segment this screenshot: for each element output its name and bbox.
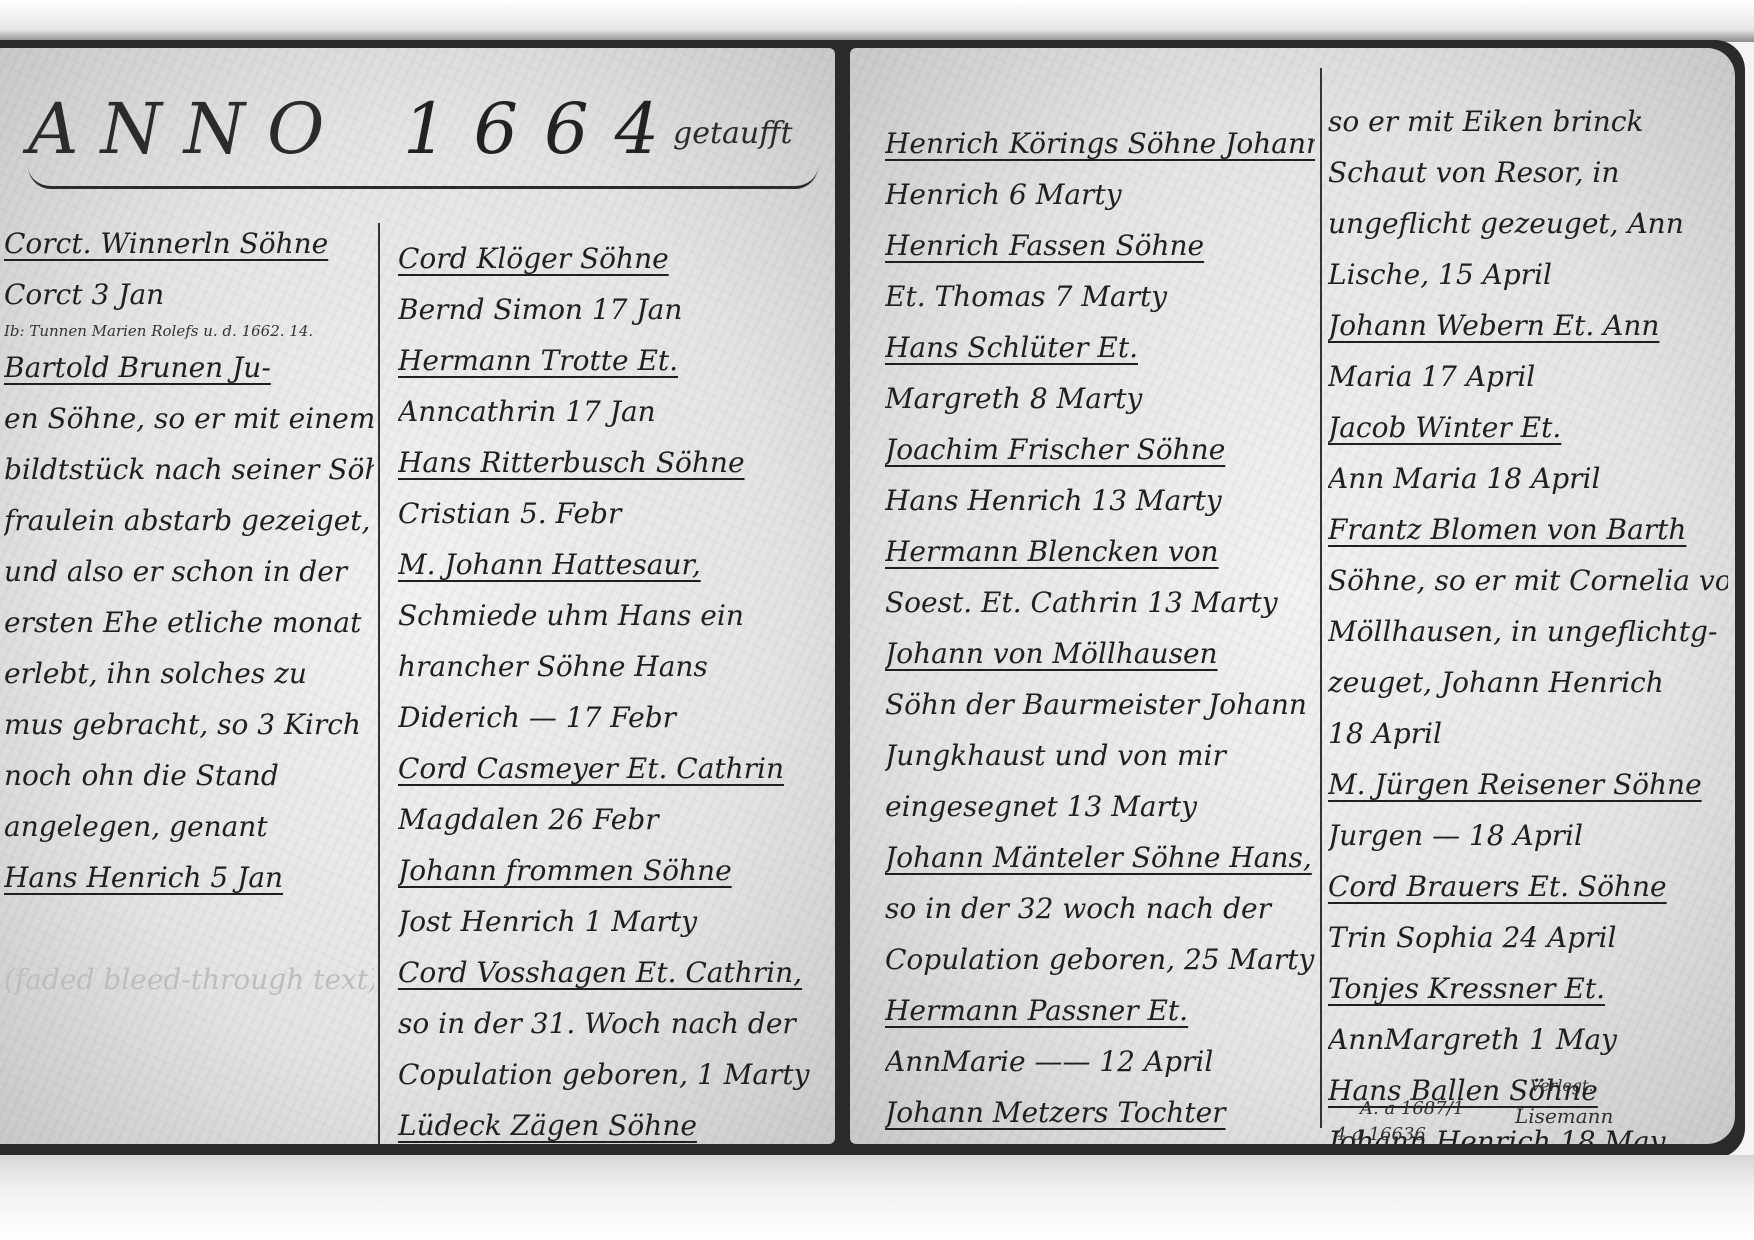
- entry-line: Lische, 15 April: [1328, 249, 1728, 300]
- entry-line: Trin Sophia 24 April: [1328, 912, 1728, 963]
- entry-line: Joachim Frischer Söhne: [885, 424, 1315, 475]
- entry-line: Hermann Trotte Et.: [398, 335, 828, 386]
- entry-line: Magdalen 26 Febr: [398, 794, 828, 845]
- entry-line: Cord Brauers Et. Söhne: [1328, 861, 1728, 912]
- signature-note: Lisemann: [1515, 1104, 1613, 1128]
- right-page: Henrich Körings Söhne Johann Henrich 6 M…: [850, 48, 1735, 1144]
- column-divider: [378, 223, 380, 1144]
- anno-word: ANNO: [28, 88, 346, 170]
- entry-line: Jungkhaust und von mir: [885, 730, 1315, 781]
- column-3: Henrich Körings Söhne Johann Henrich 6 M…: [885, 118, 1315, 1138]
- entry-line: Bernd Simon 17 Jan: [398, 284, 828, 335]
- entry-line: ungeflicht gezeuget, Ann: [1328, 198, 1728, 249]
- entry-line: Et. Thomas 7 Marty: [885, 271, 1315, 322]
- entry-line: Johann frommen Söhne: [398, 845, 828, 896]
- entry-line: Jacob Winter Et.: [1328, 402, 1728, 453]
- column-2: Cord Klöger Söhne Bernd Simon 17 Jan Her…: [398, 233, 828, 1144]
- entry-line: Maria 17 April: [1328, 351, 1728, 402]
- left-page: ANNO 1664 getaufft Corct. Winnerln Söhne…: [0, 48, 835, 1144]
- entry-line: Jost Henrich 1 Marty: [398, 896, 828, 947]
- entry-line: Corct. Winnerln Söhne: [4, 218, 374, 269]
- entry-line: Schmiede uhm Hans ein: [398, 590, 828, 641]
- entry-line: Hermann Passner Et.: [885, 985, 1315, 1036]
- entry-line: Hans Henrich 13 Marty: [885, 475, 1315, 526]
- entry-line: AnnMarie —— 12 April: [885, 1036, 1315, 1087]
- entry-line: Henrich Fassen Söhne: [885, 220, 1315, 271]
- bleed-through-text: (faded bleed-through text): [4, 954, 374, 1005]
- entry-line: 18 April: [1328, 708, 1728, 759]
- entry-line: Bartold Brunen Ju-: [4, 342, 374, 393]
- entry-line: [4, 903, 374, 954]
- annotation-line: Ib: Tunnen Marien Rolefs u. d. 1662. 14.: [4, 320, 374, 342]
- entry-line: Copulation geboren, 25 Marty: [885, 934, 1315, 985]
- entry-line: noch ohn die Stand: [4, 750, 374, 801]
- entry-line: Frantz Blomen von Barth: [1328, 504, 1728, 555]
- entry-line: Jurgen — 18 April: [1328, 810, 1728, 861]
- entry-line: Söhn der Baurmeister Johann: [885, 679, 1315, 730]
- entry-line: Johann von Möllhausen: [885, 628, 1315, 679]
- entry-line: so in der 32 woch nach der: [885, 883, 1315, 934]
- entry-line: en Söhne, so er mit einem: [4, 393, 374, 444]
- entry-line: Hans Ritterbusch Söhne: [398, 437, 828, 488]
- entry-line: Möllhausen, in ungeflichtg-: [1328, 606, 1728, 657]
- archive-reference: 4 a 16636: [1335, 1124, 1426, 1144]
- entry-line: Henrich Körings Söhne Johann: [885, 118, 1315, 169]
- entry-line: Johann Webern Et. Ann: [1328, 300, 1728, 351]
- entry-line: Cord Casmeyer Et. Cathrin: [398, 743, 828, 794]
- entry-line: Hans Schlüter Et.: [885, 322, 1315, 373]
- entry-line: hrancher Söhne Hans: [398, 641, 828, 692]
- entry-line: Hans Henrich 5 Jan: [4, 852, 374, 903]
- heading-underline: [28, 166, 818, 189]
- entry-line: Copulation geboren, 1 Marty: [398, 1049, 828, 1100]
- entry-line: Schaut von Resor, in: [1328, 147, 1728, 198]
- entry-line: Soest. Et. Cathrin 13 Marty: [885, 577, 1315, 628]
- year-heading: ANNO 1664 getaufft: [18, 88, 828, 188]
- entry-line: Cristian 5. Febr: [398, 488, 828, 539]
- column-1: Corct. Winnerln Söhne Corct 3 Jan Ib: Tu…: [4, 218, 374, 1005]
- entry-line: mus gebracht, so 3 Kirch: [4, 699, 374, 750]
- entry-line: erlebt, ihn solches zu: [4, 648, 374, 699]
- entry-line: Söhne, so er mit Cornelia von: [1328, 555, 1728, 606]
- signature-note: Verlegt.: [1530, 1076, 1594, 1095]
- entry-line: und also er schon in der: [4, 546, 374, 597]
- entry-line: Johann Mänteler Söhne Hans,: [885, 832, 1315, 883]
- entry-line: so in der 31. Woch nach der: [398, 998, 828, 1049]
- entry-line: eingesegnet 13 Marty: [885, 781, 1315, 832]
- entry-line: zeuget, Johann Henrich: [1328, 657, 1728, 708]
- scan-bottom-margin: [0, 1155, 1754, 1240]
- entry-line: Johann Metzers Tochter: [885, 1087, 1315, 1138]
- entry-line: Tonjes Kressner Et.: [1328, 963, 1728, 1014]
- entry-line: ersten Ehe etliche monat: [4, 597, 374, 648]
- anno-suffix: getaufft: [673, 116, 793, 151]
- scan-top-margin: [0, 0, 1754, 42]
- archive-reference: A. a 1687/1: [1360, 1098, 1464, 1119]
- margin-notes: A. a 1687/1 4 a 16636 Verlegt. Lisemann: [1330, 1058, 1710, 1144]
- entry-line: Diderich — 17 Febr: [398, 692, 828, 743]
- entry-line: Hermann Blencken von: [885, 526, 1315, 577]
- entry-line: Henrich 6 Marty: [885, 169, 1315, 220]
- entry-line: Corct 3 Jan: [4, 269, 374, 320]
- entry-line: fraulein abstarb gezeiget,: [4, 495, 374, 546]
- entry-line: Ann Maria 18 April: [1328, 453, 1728, 504]
- entry-line: M. Johann Hattesaur,: [398, 539, 828, 590]
- register-book: ANNO 1664 getaufft Corct. Winnerln Söhne…: [0, 40, 1745, 1158]
- anno-year: 1664: [403, 88, 685, 170]
- entry-line: Margreth 8 Marty: [885, 373, 1315, 424]
- entry-line: Anncathrin 17 Jan: [398, 386, 828, 437]
- entry-line: so er mit Eiken brinck: [1328, 96, 1728, 147]
- entry-line: M. Jürgen Reisener Söhne: [1328, 759, 1728, 810]
- entry-line: Lüdeck Zägen Söhne: [398, 1100, 828, 1144]
- entry-line: Cord Klöger Söhne: [398, 233, 828, 284]
- entry-line: bildtstück nach seiner Söhe: [4, 444, 374, 495]
- column-4: so er mit Eiken brinck Schaut von Resor,…: [1328, 96, 1728, 1144]
- entry-line: Cord Vosshagen Et. Cathrin,: [398, 947, 828, 998]
- column-divider: [1320, 68, 1322, 1128]
- entry-line: angelegen, genant: [4, 801, 374, 852]
